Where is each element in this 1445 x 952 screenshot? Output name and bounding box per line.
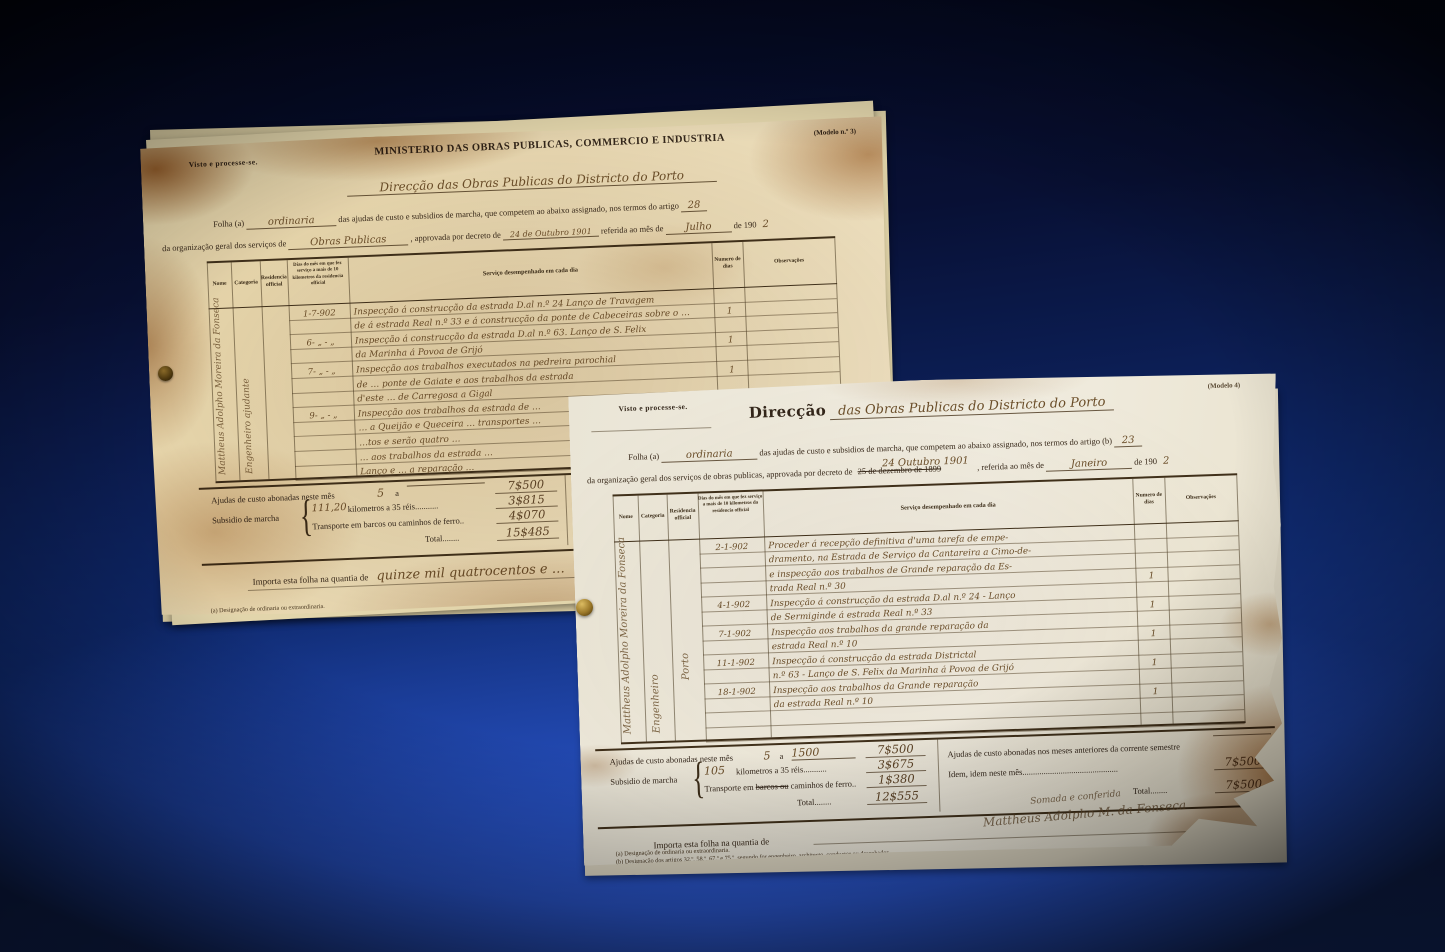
col-servico: Serviço desempenhado em cada dia [348,261,712,284]
transporte-amount: 4$070 [496,507,559,524]
transporte-struck: barcos ou [756,781,789,792]
transporte-label: Transporte em barcos ou caminhos de ferr… [312,515,464,531]
col-nome: Nome [207,280,231,288]
folha-text: das ajudas de custo e subsidios de march… [338,200,679,224]
col-residencia: Residencia official [667,508,698,524]
visto-label: Visto e processe-se. [618,402,687,413]
mes-text: referida ao mês de [601,223,664,236]
ordinaria-handwriting: ordinaria [246,214,336,230]
row-date: 18-1-902 [704,686,769,699]
direccao-printed: Direcção [749,401,827,422]
a-label: a [779,751,783,761]
brace-glyph: { [691,753,705,804]
row-date: 2-1-902 [699,541,764,554]
importa-label: Importa esta folha na quantia de [252,572,368,587]
row-observations [1173,723,1245,726]
row-days: 1 [716,364,747,376]
row-date: 4-1-902 [701,599,766,612]
row-date [296,478,357,481]
ajudas-rate-handwriting [407,482,485,486]
km-label: kilometros a 35 réis........... [348,500,439,514]
visto-label: Visto e processe-se. [189,157,258,169]
row-days: 1 [714,306,745,318]
col-categoria: Categoria [638,513,667,521]
subsidio-label: Subsidio de marcha [610,775,677,787]
col-numero: Numero de dias [1133,492,1165,508]
importa-handwriting [769,833,781,847]
col-residencia: Residencia official [260,274,288,290]
col-dias: Dias do mês em que fez serviço a mais de… [287,261,349,289]
subsidio-label: Subsidio de marcha [212,513,279,526]
direction-handwriting: Direcção das Obras Publicas do Districto… [347,167,717,197]
organizacao-text: da organização geral dos serviços de obr… [587,466,853,485]
folha-text: das ajudas de custo e subsidios de march… [759,436,1112,458]
right-anteriores-amount [1213,733,1271,736]
row-days: 1 [1136,600,1168,612]
row-date: 11-1-902 [703,657,768,670]
folha-label: Folha (a) [213,218,244,229]
ajudas-qty-handwriting: 5 [377,486,385,499]
organizacao-text: da organização geral dos serviços de [162,238,287,253]
artigo-handwriting: 23 [1114,434,1142,447]
ajudas-qty-handwriting: 5 [763,749,770,762]
row-days: 1 [1138,658,1170,670]
residencia-handwriting-vertical: Porto [679,620,692,680]
transporte-post: caminhos de ferro.. [790,778,856,790]
total-amount: 15$485 [497,524,560,541]
decreto-text: , approvada por decreto de [410,230,501,244]
ano-text: de 190 [1134,456,1157,467]
document-bottom-right: Visto e processe-se. (Modelo 4) Direcção… [568,368,1292,866]
mes-text: , referida ao mês de [977,460,1044,472]
col-observacoes: Observações [1165,493,1237,503]
artigo-handwriting: 28 [681,199,707,212]
row-days: 1 [1139,687,1171,699]
row-date: 7-1-902 [702,628,767,641]
photo-scene: Visto e processe-se. MINISTERIO DAS OBRA… [0,0,1445,952]
total-label: Total........ [425,533,460,544]
ano-handwriting: 2 [1157,455,1176,467]
brass-fastener-icon [158,366,173,381]
row-days: 1 [1135,571,1167,583]
ministry-title: MINISTERIO DAS OBRAS PUBLICAS, COMMERCIO… [374,133,725,158]
ano-handwriting: 2 [756,219,775,231]
servicos-handwriting: Obras Publicas [288,233,408,250]
modelo-label: (Modelo n.º 3) [814,127,856,137]
mes-handwriting: Janeiro [1046,457,1132,472]
folha-label: Folha (a) [628,451,659,462]
right-anteriores-label: Ajudas de custo abonadas nos meses anter… [947,741,1180,759]
modelo-label: (Modelo 4) [1208,381,1241,390]
right-total-label: Total........ [1133,785,1168,796]
transporte-pre: Transporte em [704,782,753,794]
row-days: 1 [1137,629,1169,641]
col-observacoes: Observações [743,256,835,267]
direction-handwriting: das Obras Publicas do Districto do Porto [830,394,1114,420]
row-days: 1 [715,335,746,347]
km-handwriting: 111,20 [311,502,346,514]
decreto-overwrite-handwriting: 24 Outubro 1901 [876,455,975,469]
service-table: Nome Categoria Residencia official Dias … [613,473,1246,744]
table-body: 2-1-902Proceder á recepção definitiva d'… [614,521,1246,745]
col-numero: Numero de dias [712,256,744,272]
km-handwriting: 105 [704,764,725,778]
a-label: a [395,488,399,498]
brace-glyph: { [299,491,314,542]
transporte-amount: 1$380 [866,771,926,788]
footnote-a: (a) Designação de ordinaria ou extraordi… [211,603,325,615]
row-days [1141,726,1173,728]
ajudas-rate-handwriting: 1500 [791,744,855,760]
col-servico: Serviço desempenhado em cada dia [763,497,1133,518]
col-categoria: Categoria [231,279,260,287]
decreto-handwriting: 24 de Outubro 1901 [503,227,599,241]
ordinaria-handwriting: ordinaria [661,448,757,463]
brass-fastener-icon [576,599,593,616]
total-label: Total........ [797,796,832,807]
right-idem-label: Idem, idem neste mês....................… [948,764,1118,780]
row-date [706,739,771,742]
mes-handwriting: Julho [665,220,731,235]
total-amount: 12$555 [867,788,927,805]
km-label: kilometros a 35 réis........... [736,763,827,776]
ano-text: de 190 [733,219,756,230]
col-nome: Nome [613,514,638,522]
col-dias: Dias do mês em que fez serviço a mais de… [698,494,764,515]
